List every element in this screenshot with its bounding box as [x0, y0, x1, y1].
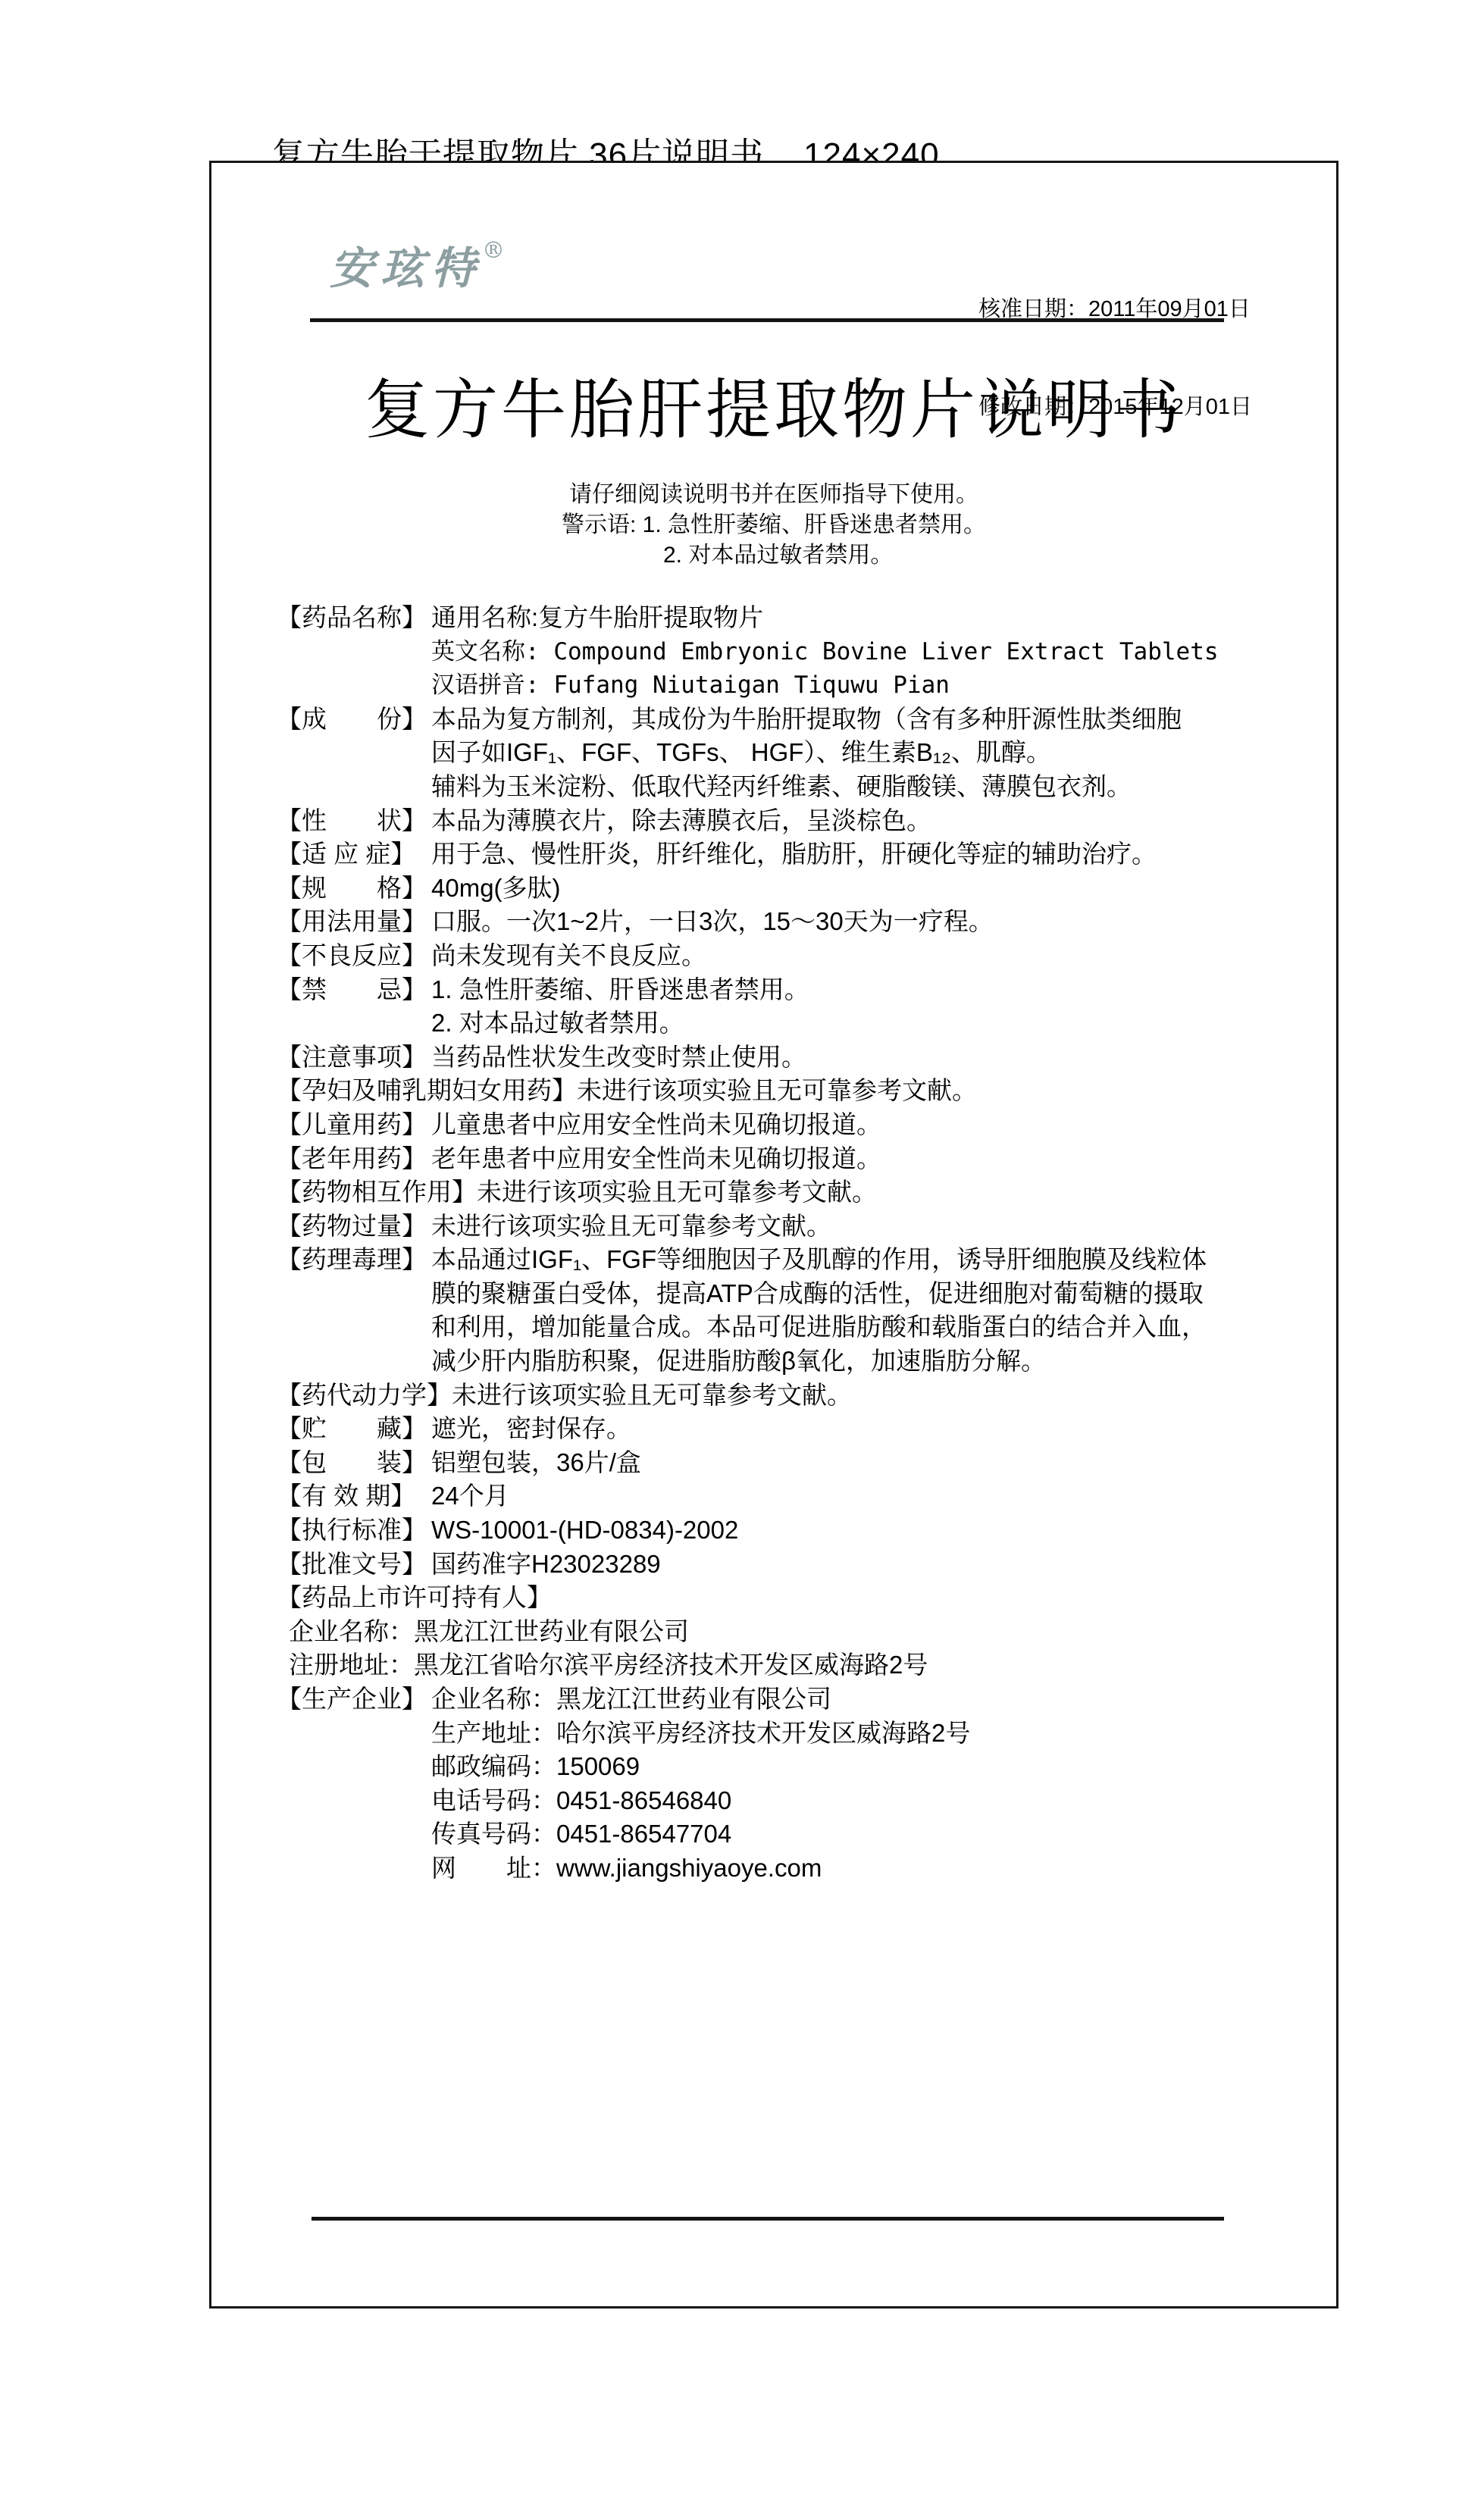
section-text: 和利用，增加能量合成。本品可促进脂肪酸和载脂蛋白的结合并入血，: [431, 1310, 1207, 1344]
insert-body: 【药品名称】通用名称:复方牛胎肝提取物片英文名称: Compound Embry…: [277, 601, 1285, 1886]
body-line: 注册地址：黑龙江省哈尔滨平房经济技术开发区威海路2号: [277, 1648, 1285, 1682]
body-line: 【药物过量】未进行该项实验且无可靠参考文献。: [277, 1210, 1285, 1244]
section-label: 【药理毒理】: [277, 1243, 431, 1277]
body-line: 【不良反应】尚未发现有关不良反应。: [277, 939, 1285, 973]
section-text: 英文名称: Compound Embryonic Bovine Liver Ex…: [431, 635, 1219, 669]
body-line: 【批准文号】国药准字H23023289: [277, 1548, 1285, 1582]
body-line: 企业名称：黑龙江江世药业有限公司: [277, 1615, 1285, 1649]
body-line: 【生产企业】企业名称：黑龙江江世药业有限公司: [277, 1682, 1285, 1717]
section-label: 【注意事项】: [277, 1041, 431, 1075]
section-label: 【生产企业】: [277, 1682, 431, 1717]
section-label: 【性 状】: [277, 804, 431, 838]
section-text: 遮光，密封保存。: [431, 1412, 631, 1446]
body-line: 【老年用药】老年患者中应用安全性尚未见确切报道。: [277, 1142, 1285, 1176]
section-text: 因子如IGF₁、FGF、TGFs、 HGF）、维生素B₁₂、肌醇。: [431, 736, 1051, 770]
body-line: 汉语拼音: Fufang Niutaigan Tiquwu Pian: [277, 668, 1285, 703]
section-label: 【儿童用药】: [277, 1108, 431, 1142]
footer-divider-rule: [312, 2217, 1224, 2221]
warning-line-2: 2. 对本品过敏者禁用。: [211, 540, 1336, 571]
section-text: 儿童患者中应用安全性尚未见确切报道。: [431, 1108, 881, 1142]
body-line: 减少肝内脂肪积聚，促进脂肪酸β氧化，加速脂肪分解。: [277, 1344, 1285, 1379]
section-text: 未进行该项实验且无可靠参考文献。: [431, 1210, 831, 1244]
body-line: 辅料为玉米淀粉、低取代羟丙纤维素、硬脂酸镁、薄膜包衣剂。: [277, 770, 1285, 804]
section-label: 【执行标准】: [277, 1513, 431, 1548]
body-line: 【有 效 期】24个月: [277, 1479, 1285, 1513]
section-text: 40mg(多肽): [431, 872, 561, 906]
body-line: 【执行标准】WS-10001-(HD-0834)-2002: [277, 1513, 1285, 1548]
section-label: 【包 装】: [277, 1446, 431, 1480]
package-insert-page: 复方牛胎干提取物片 36片说明书124×240 安玹特® 核准日期：2011年0…: [0, 0, 1484, 2501]
section-text: 未进行该项实验且无可靠参考文献。: [577, 1074, 977, 1108]
section-label: 【成 份】: [277, 703, 431, 737]
body-line: 【药品上市许可持有人】: [277, 1581, 1285, 1615]
section-text: 用于急、慢性肝炎，肝纤维化，脂肪肝，肝硬化等症的辅助治疗。: [431, 837, 1157, 872]
section-label: 【禁 忌】: [277, 973, 431, 1007]
section-text: 未进行该项实验且无可靠参考文献。: [477, 1175, 877, 1210]
body-line: 邮政编码：150069: [277, 1750, 1285, 1784]
section-text: 邮政编码：150069: [431, 1750, 640, 1784]
read-carefully-line: 请仔细阅读说明书并在医师指导下使用。: [211, 480, 1336, 510]
section-text: 注册地址：黑龙江省哈尔滨平房经济技术开发区威海路2号: [289, 1648, 928, 1682]
section-text: 汉语拼音: Fufang Niutaigan Tiquwu Pian: [431, 668, 950, 703]
body-line: 英文名称: Compound Embryonic Bovine Liver Ex…: [277, 635, 1285, 669]
section-text: 未进行该项实验且无可靠参考文献。: [452, 1379, 852, 1413]
body-line: 【包 装】铝塑包装，36片/盒: [277, 1446, 1285, 1480]
registered-trademark-icon: ®: [482, 237, 505, 264]
section-text: 辅料为玉米淀粉、低取代羟丙纤维素、硬脂酸镁、薄膜包衣剂。: [431, 770, 1132, 804]
section-text: 尚未发现有关不良反应。: [431, 939, 706, 973]
section-text: 当药品性状发生改变时禁止使用。: [431, 1041, 806, 1075]
section-label: 【有 效 期】: [277, 1479, 431, 1513]
body-line: 2. 对本品过敏者禁用。: [277, 1006, 1285, 1041]
brand-logo: 安玹特®: [330, 233, 505, 296]
body-line: 【孕妇及哺乳期妇女用药】未进行该项实验且无可靠参考文献。: [277, 1074, 1285, 1108]
section-text: 铝塑包装，36片/盒: [431, 1446, 641, 1480]
body-line: 【禁 忌】1. 急性肝萎缩、肝昏迷患者禁用。: [277, 973, 1285, 1007]
section-label: 【药品上市许可持有人】: [277, 1581, 552, 1615]
insert-sheet: 安玹特® 核准日期：2011年09月01日 修改日期：2015年12月01日 复…: [209, 161, 1338, 2308]
section-label: 【适 应 症】: [277, 837, 431, 872]
body-line: 【儿童用药】儿童患者中应用安全性尚未见确切报道。: [277, 1108, 1285, 1142]
warning-line-1: 警示语: 1. 急性肝萎缩、肝昏迷患者禁用。: [211, 510, 1336, 540]
section-text: 传真号码：0451-86547704: [431, 1817, 731, 1851]
section-label: 【贮 藏】: [277, 1412, 431, 1446]
body-line: 【注意事项】当药品性状发生改变时禁止使用。: [277, 1041, 1285, 1075]
section-text: 通用名称:复方牛胎肝提取物片: [431, 601, 763, 635]
section-text: WS-10001-(HD-0834)-2002: [431, 1513, 738, 1548]
section-text: 本品为薄膜衣片，除去薄膜衣后，呈淡棕色。: [431, 804, 931, 838]
section-text: 本品为复方制剂，其成份为牛胎肝提取物（含有多种肝源性肽类细胞: [431, 703, 1182, 737]
section-text: 网 址：www.jiangshiyaoye.com: [431, 1851, 822, 1886]
section-text: 老年患者中应用安全性尚未见确切报道。: [431, 1142, 881, 1176]
section-text: 企业名称：黑龙江江世药业有限公司: [431, 1682, 831, 1717]
section-text: 企业名称：黑龙江江世药业有限公司: [289, 1615, 689, 1649]
body-line: 【贮 藏】遮光，密封保存。: [277, 1412, 1285, 1446]
section-label: 【药物相互作用】: [277, 1175, 477, 1210]
body-line: 因子如IGF₁、FGF、TGFs、 HGF）、维生素B₁₂、肌醇。: [277, 736, 1285, 770]
section-text: 电话号码：0451-86546840: [431, 1784, 731, 1818]
usage-notice: 请仔细阅读说明书并在医师指导下使用。 警示语: 1. 急性肝萎缩、肝昏迷患者禁用…: [211, 480, 1336, 571]
body-line: 膜的聚糖蛋白受体，提高ATP合成酶的活性，促进细胞对葡萄糖的摄取: [277, 1277, 1285, 1311]
section-label: 【不良反应】: [277, 939, 431, 973]
section-text: 1. 急性肝萎缩、肝昏迷患者禁用。: [431, 973, 809, 1007]
section-text: 口服。一次1~2片，一日3次，15～30天为一疗程。: [431, 905, 994, 939]
section-text: 本品通过IGF₁、FGF等细胞因子及肌醇的作用，诱导肝细胞膜及线粒体: [431, 1243, 1207, 1277]
body-line: 【药品名称】通用名称:复方牛胎肝提取物片: [277, 601, 1285, 635]
body-line: 【规 格】40mg(多肽): [277, 872, 1285, 906]
section-label: 【药品名称】: [277, 601, 431, 635]
section-text: 2. 对本品过敏者禁用。: [431, 1006, 684, 1041]
section-label: 【老年用药】: [277, 1142, 431, 1176]
section-label: 【用法用量】: [277, 905, 431, 939]
section-label: 【批准文号】: [277, 1548, 431, 1582]
section-text: 减少肝内脂肪积聚，促进脂肪酸β氧化，加速脂肪分解。: [431, 1344, 1046, 1379]
body-line: 【药代动力学】未进行该项实验且无可靠参考文献。: [277, 1379, 1285, 1413]
section-label: 【药代动力学】: [277, 1379, 452, 1413]
body-line: 生产地址：哈尔滨平房经济技术开发区威海路2号: [277, 1717, 1285, 1751]
body-line: 【药物相互作用】未进行该项实验且无可靠参考文献。: [277, 1175, 1285, 1210]
body-line: 和利用，增加能量合成。本品可促进脂肪酸和载脂蛋白的结合并入血，: [277, 1310, 1285, 1344]
section-text: 生产地址：哈尔滨平房经济技术开发区威海路2号: [431, 1717, 970, 1751]
body-line: 传真号码：0451-86547704: [277, 1817, 1285, 1851]
section-text: 膜的聚糖蛋白受体，提高ATP合成酶的活性，促进细胞对葡萄糖的摄取: [431, 1277, 1204, 1311]
section-text: 国药准字H23023289: [431, 1548, 661, 1582]
header-divider-rule: [310, 318, 1224, 322]
body-line: 电话号码：0451-86546840: [277, 1784, 1285, 1818]
section-label: 【药物过量】: [277, 1210, 431, 1244]
body-line: 【性 状】本品为薄膜衣片，除去薄膜衣后，呈淡棕色。: [277, 804, 1285, 838]
section-text: 24个月: [431, 1479, 509, 1513]
section-label: 【孕妇及哺乳期妇女用药】: [277, 1074, 577, 1108]
body-line: 【药理毒理】本品通过IGF₁、FGF等细胞因子及肌醇的作用，诱导肝细胞膜及线粒体: [277, 1243, 1285, 1277]
brand-logo-text: 安玹特: [330, 243, 482, 294]
section-label: 【规 格】: [277, 872, 431, 906]
body-line: 【用法用量】口服。一次1~2片，一日3次，15～30天为一疗程。: [277, 905, 1285, 939]
document-title: 复方牛胎肝提取物片说明书: [211, 357, 1336, 451]
body-line: 【适 应 症】用于急、慢性肝炎，肝纤维化，脂肪肝，肝硬化等症的辅助治疗。: [277, 837, 1285, 872]
body-line: 网 址：www.jiangshiyaoye.com: [277, 1851, 1285, 1886]
body-line: 【成 份】本品为复方制剂，其成份为牛胎肝提取物（含有多种肝源性肽类细胞: [277, 703, 1285, 737]
